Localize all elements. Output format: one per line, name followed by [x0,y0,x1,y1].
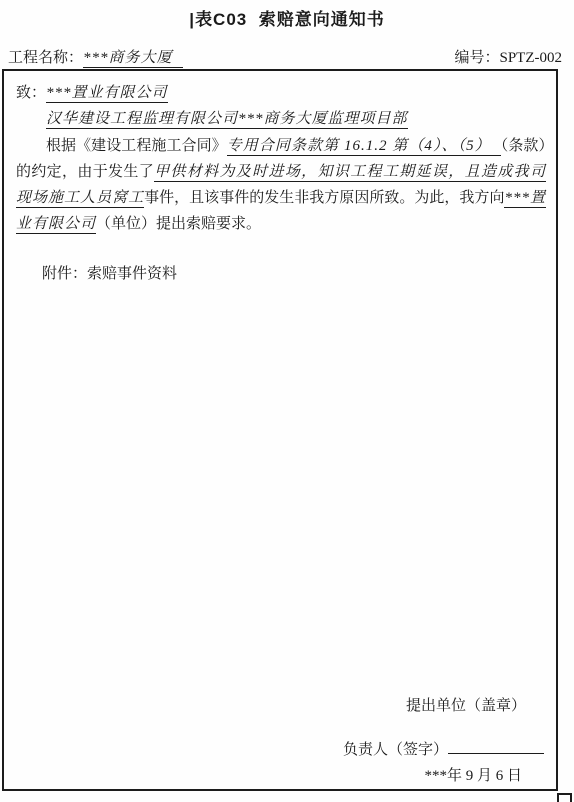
recipient-1: ***置业有限公司 [46,85,168,103]
paragraph-run: 根据《建设工程施工合同》 [46,138,227,154]
attachment-line: 附件：索赔事件资料 [42,261,546,287]
page-title: |表C03 索赔意向通知书 [0,5,574,30]
to-line: 致：***置业有限公司 [16,80,546,106]
to-line-2: 汉华建设工程监理有限公司***商务大厦监理项目部 [46,106,546,132]
paragraph-run: （单位）提出索赔要求。 [96,216,261,232]
signature-blank [448,737,544,754]
doc-number-label: 编号： [454,50,499,66]
unit-seal-line: 提出单位（盖章） [406,693,526,719]
project-name-label: 工程名称： [8,50,83,66]
signer-label: 负责人（签字） [343,742,448,758]
recipient-2: 汉华建设工程监理有限公司***商务大厦监理项目部 [46,111,408,129]
header-row: 工程名称：***商务大厦 编号：SPTZ-002 [0,46,574,68]
scan-artifact-corner [557,793,572,802]
claim-notice-document: |表C03 索赔意向通知书 工程名称：***商务大厦 编号：SPTZ-002 致… [0,0,574,802]
project-name-field: 工程名称：***商务大厦 [8,46,183,67]
doc-number-field: 编号：SPTZ-002 [454,46,562,67]
body-paragraph: 根据《建设工程施工合同》专用合同条款第 16.1.2 第（4）、（5）（条款）的… [16,133,546,237]
attachment-label: 附件： [42,266,87,282]
attachment-value: 索赔事件资料 [87,266,177,282]
doc-number-value: SPTZ-002 [499,50,562,66]
project-name-value: ***商务大厦 [83,50,183,68]
page-title-text: 表C03 索赔意向通知书 [195,10,385,29]
date-line: ***年 9 月 6 日 [424,763,522,789]
notice-body-box: 致：***置业有限公司 汉华建设工程监理有限公司***商务大厦监理项目部 根据《… [2,69,558,791]
signer-line: 负责人（签字） [343,737,544,763]
paragraph-run: 事件，且该事件的发生非我方原因所致。为此，我方向 [144,190,504,206]
paragraph-run-filled: 专用合同条款第 16.1.2 第（4）、（5） [227,138,501,156]
to-label: 致： [16,85,46,101]
